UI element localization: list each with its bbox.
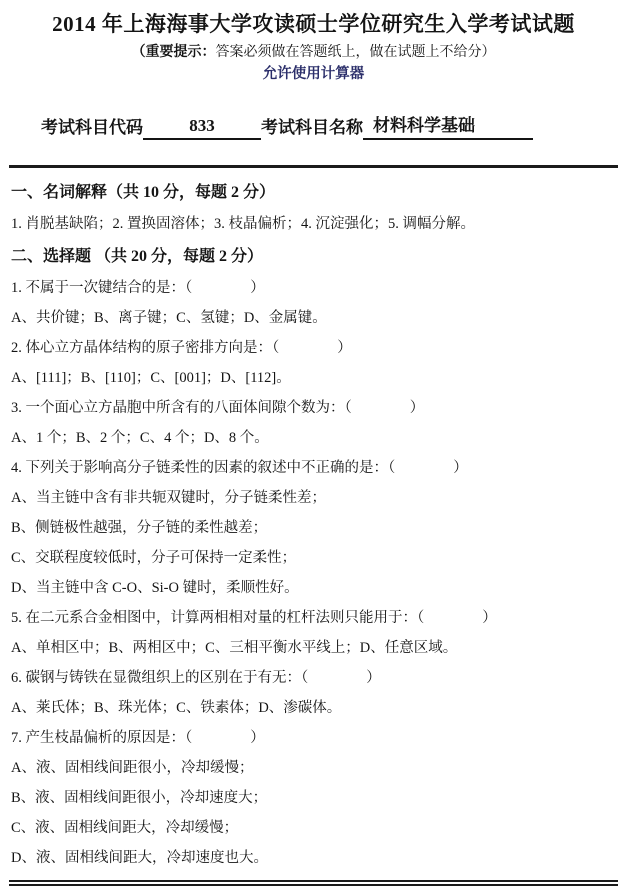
exam-notice: （重要提示：答案必须做在答题纸上，做在试题上不给分）: [9, 43, 618, 62]
subject-name-label: 考试科目名称: [261, 116, 363, 140]
question-7-option-d: D、液、固相线间距大，冷却速度也大。: [11, 850, 618, 866]
header-divider: [9, 165, 618, 168]
page-bottom-divider: [9, 880, 618, 886]
question-5-stem: 5. 在二元系合金相图中，计算两相相对量的杠杆法则只能用于：（ ）: [11, 610, 618, 626]
subject-code-value: 833: [143, 114, 261, 140]
page-bottom-divider-bottom-line: [9, 884, 618, 886]
section-1-heading: 一、名词解释（共 10 分，每题 2 分）: [11, 182, 618, 204]
subject-name-value: 材料科学基础: [363, 114, 533, 140]
question-2-options: A、[111]；B、[110]；C、[001]；D、[112]。: [11, 370, 618, 386]
exam-notice-body: 答案必须做在答题纸上，做在试题上不给分）: [216, 45, 496, 60]
section-1-terms: 1. 肖脱基缺陷；2. 置换固溶体；3. 枝晶偏析；4. 沉淀强化；5. 调幅分…: [11, 216, 618, 232]
exam-notice-prefix: （重要提示：: [132, 45, 216, 60]
question-4-stem: 4. 下列关于影响高分子链柔性的因素的叙述中不正确的是：（ ）: [11, 460, 618, 476]
subject-code-label: 考试科目代码: [41, 116, 143, 140]
question-4-option-c: C、交联程度较低时，分子可保持一定柔性；: [11, 550, 618, 566]
question-7-stem: 7. 产生枝晶偏析的原因是：（ ）: [11, 730, 618, 746]
question-6-stem: 6. 碳钢与铸铁在显微组织上的区别在于有无：（ ）: [11, 670, 618, 686]
question-7-option-a: A、液、固相线间距很小，冷却缓慢；: [11, 760, 618, 776]
page-title: 2014 年上海海事大学攻读硕士学位研究生入学考试试题: [9, 10, 618, 38]
exam-paper-page: 2014 年上海海事大学攻读硕士学位研究生入学考试试题 （重要提示：答案必须做在…: [0, 0, 627, 889]
question-4-option-d: D、当主链中含 C-O、Si-O 键时，柔顺性好。: [11, 580, 618, 596]
section-2-heading: 二、选择题 （共 20 分，每题 2 分）: [11, 246, 618, 268]
question-2-stem: 2. 体心立方晶体结构的原子密排方向是：（ ）: [11, 340, 618, 356]
question-5-options: A、单相区中；B、两相区中；C、三相平衡水平线上；D、任意区域。: [11, 640, 618, 656]
question-6-options: A、莱氏体；B、珠光体；C、铁素体；D、渗碳体。: [11, 700, 618, 716]
calculator-permission-note: 允许使用计算器: [9, 65, 618, 84]
question-1-options: A、共价键；B、离子键；C、氢键；D、金属键。: [11, 310, 618, 326]
question-3-stem: 3. 一个面心立方晶胞中所含有的八面体间隙个数为：（ ）: [11, 400, 618, 416]
question-3-options: A、1 个；B、2 个；C、4 个；D、8 个。: [11, 430, 618, 446]
question-7-option-b: B、液、固相线间距很小，冷却速度大；: [11, 790, 618, 806]
exam-body: 一、名词解释（共 10 分，每题 2 分） 1. 肖脱基缺陷；2. 置换固溶体；…: [9, 182, 618, 866]
question-4-option-b: B、侧链极性越强，分子链的柔性越差；: [11, 520, 618, 536]
question-1-stem: 1. 不属于一次键结合的是：（ ）: [11, 280, 618, 296]
question-4-option-a: A、当主链中含有非共轭双键时，分子链柔性差；: [11, 490, 618, 506]
subject-row: 考试科目代码 833 考试科目名称 材料科学基础: [41, 114, 618, 140]
question-7-option-c: C、液、固相线间距大，冷却缓慢；: [11, 820, 618, 836]
